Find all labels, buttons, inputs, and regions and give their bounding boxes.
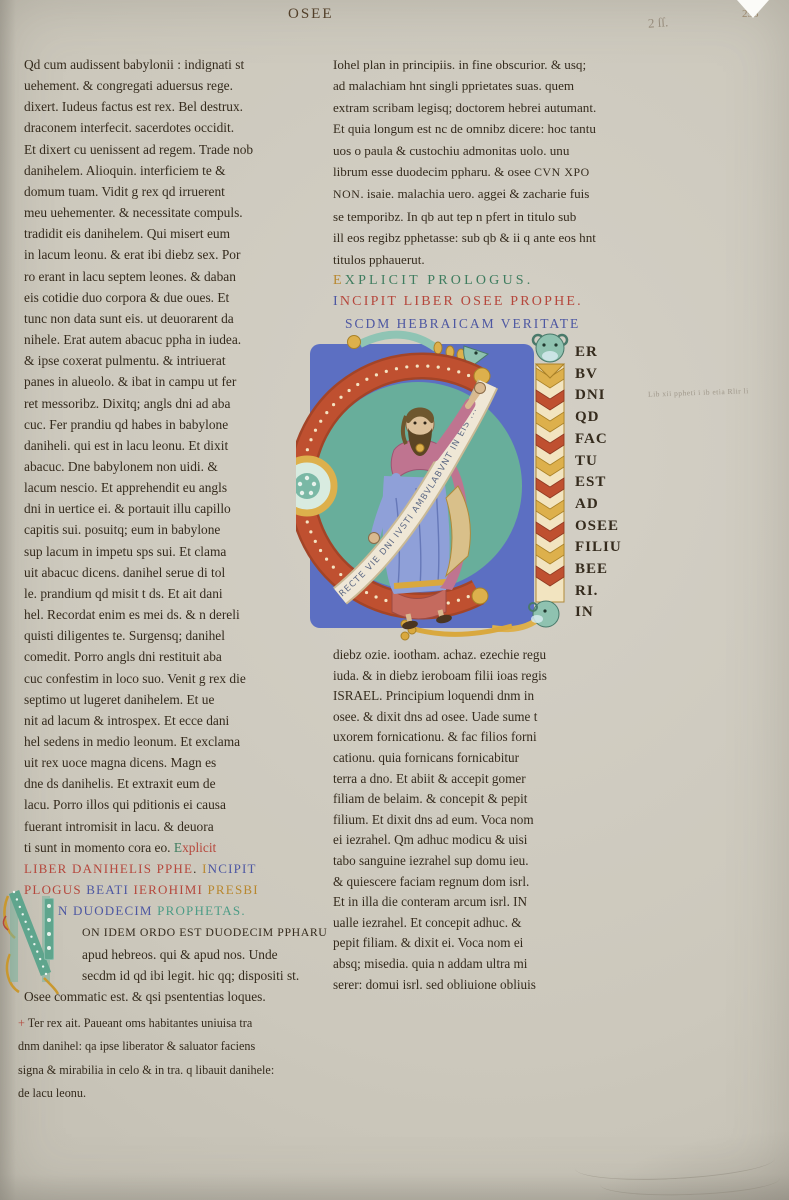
text-segment: EST — [575, 474, 606, 490]
text-segment: uit rex uoce magna dicens. Magn es — [24, 755, 216, 770]
text-segment: CVN XPO — [534, 165, 590, 179]
text-line: hel sedens in medio leonum. Et exclama — [24, 731, 324, 752]
text-line: meu uehementer. & necessitate compuls. — [24, 202, 324, 223]
text-segment: lacu. Porro illos qui pditionis ei causa — [24, 797, 226, 812]
text-segment: hel. Recordat enim es mei ds. & n dereli — [24, 607, 240, 622]
text-segment: Et quia longum est nc de omnibz dicere: … — [333, 121, 596, 136]
text-segment: ER — [575, 344, 598, 360]
text-segment: dne ds danihelis. Et extraxit eum de — [24, 776, 216, 791]
text-line: fuerant intromisit in lacu. & deuora — [24, 816, 324, 837]
text-line: domum tuam. Vidit g rex qd irruerent — [24, 181, 324, 202]
text-segment: sup lacum in impetu sps sui. Et clama — [24, 544, 226, 559]
text-line: EST — [575, 472, 622, 494]
left-text-column: Qd cum audissent babylonii : indignati s… — [24, 54, 324, 1007]
text-line: capitis sui. posuitq; eum in babylone — [24, 519, 324, 540]
text-segment: iuda. & in diebz ieroboam filii ioas reg… — [333, 668, 547, 683]
text-segment: ON IDEM ORDO EST DUODECIM PPHARU — [82, 925, 327, 939]
text-line: secdm id qd ibi legit. hic qq; dispositi… — [24, 965, 324, 986]
text-line: uit abacuc dicens. danihel serue di tol — [24, 562, 324, 583]
text-line: NON. isaie. malachia uero. aggei & zacha… — [333, 183, 683, 205]
text-segment: signa & mirabilia in celo & in tra. q li… — [18, 1063, 274, 1077]
text-segment: abacuc. Dne babylonem non uidi. & — [24, 459, 218, 474]
text-line: sup lacum in impetu sps sui. Et clama — [24, 541, 324, 562]
text-segment: Ter rex ait. Paueant oms habitantes uniu… — [28, 1016, 253, 1030]
text-line: ISRAEL. Principium loquendi dnm in — [333, 686, 683, 707]
text-segment: fuerant intromisit in lacu. & deuora — [24, 819, 214, 834]
text-segment: septimo ut lugeret danihelem. Et ue — [24, 692, 214, 707]
text-line: cationu. quia fornicans fornicabitur — [333, 748, 683, 769]
text-line: Qd cum audissent babylonii : indignati s… — [24, 54, 324, 75]
text-segment: Et dixert cu uenissent ad regem. Trade n… — [24, 142, 253, 157]
right-column-prologue: Iohel plan in principiis. in fine obscur… — [333, 54, 683, 334]
text-segment: ti sunt in momento cora eo. — [24, 840, 174, 855]
text-line: IN — [575, 602, 622, 624]
text-line: cuc. Fer prandiu qd habes in babylone — [24, 414, 324, 435]
text-segment: Osee commatic est. & qsi psententias loq… — [24, 989, 266, 1004]
pencil-shelfmark: 2 ſſ. — [647, 14, 668, 31]
text-segment: xplicit — [182, 840, 216, 855]
text-segment: cuc confestim in loco suo. Venit g rex d… — [24, 671, 246, 686]
text-line: filiam de belaim. & concepit & pepit — [333, 789, 683, 810]
green-initial-i — [44, 898, 54, 960]
text-line: dnm danihel: qa ipse liberator & saluato… — [18, 1035, 388, 1058]
chevron-shaft — [536, 364, 564, 602]
text-segment: secdm id qd ibi legit. hic qq; dispositi… — [82, 968, 299, 983]
text-segment: de lacu leonu. — [18, 1086, 86, 1100]
text-line: iuda. & in diebz ieroboam filii ioas reg… — [333, 666, 683, 687]
text-segment: BEATI — [86, 882, 133, 897]
text-segment: ret messoribz. Dixitq; angls dni ad aba — [24, 396, 230, 411]
text-line: uehement. & congregati aduersus rege. — [24, 75, 324, 96]
text-segment: E — [174, 840, 182, 855]
text-segment: capitis sui. posuitq; eum in babylone — [24, 522, 220, 537]
text-segment: ei iezrahel. Qm adhuc modicu & uisi — [333, 832, 527, 847]
text-line: lacu. Porro illos qui pditionis ei causa — [24, 794, 324, 815]
text-line: serer: domui isrl. sed obliuione obliuis — [333, 975, 683, 996]
text-line: uos o paula & custochiu admonitas uolo. … — [333, 140, 683, 161]
text-segment: apud hebreos. qui & apud nos. Unde — [82, 947, 278, 962]
text-line: pepit filiam. & dixit ei. Voca nom ei — [333, 933, 683, 954]
text-line: tabo sanguine iezrahel sup domu ieu. — [333, 851, 683, 872]
text-line: panes in alueolo. & ibat in campu ut fer — [24, 371, 324, 392]
text-line: Et quia longum est nc de omnibz dicere: … — [333, 118, 683, 139]
text-segment: dni in uertice ei. & portauit illu capil… — [24, 501, 231, 516]
text-line: septimo ut lugeret danihelem. Et ue — [24, 689, 324, 710]
text-line: titulos pphauerut. — [333, 249, 683, 270]
text-segment: absq; misedia. quia n addam ultra mi — [333, 956, 527, 971]
text-segment: domum tuam. Vidit g rex qd irruerent — [24, 184, 225, 199]
text-segment: dixert. Iudeus factus est rex. Bel destr… — [24, 99, 243, 114]
text-line: cuc confestim in loco suo. Venit g rex d… — [24, 668, 324, 689]
text-segment: pepit filiam. & dixit ei. Voca nom ei — [333, 935, 523, 950]
text-segment: draconem interfecit. sacerdotes occidit. — [24, 120, 234, 135]
text-line: nihele. Erat autem abacuc ppha in iudea. — [24, 329, 324, 350]
text-line: daniheli. qui est in lacu leonu. Et dixi… — [24, 435, 324, 456]
text-segment: uxorem fornicationu. & fac filios forni — [333, 729, 537, 744]
text-segment: BV — [575, 366, 598, 382]
text-line: ei iezrahel. Qm adhuc modicu & uisi — [333, 830, 683, 851]
text-segment: comedit. Porro angls dni restituit aba — [24, 649, 222, 664]
text-line: dne ds danihelis. Et extraxit eum de — [24, 773, 324, 794]
text-segment: Qd cum audissent babylonii : indignati s… — [24, 57, 244, 72]
text-line: ill eos regibz pphetasse: sub qb & ii q … — [333, 227, 683, 248]
text-line: BEE — [575, 559, 622, 581]
text-line: + Ter rex ait. Paueant oms habitantes un… — [18, 1012, 388, 1035]
text-segment: AD — [575, 496, 599, 512]
text-line: filium. Et dixit dns ad eum. Voca nom — [333, 810, 683, 831]
text-line: signa & mirabilia in celo & in tra. q li… — [18, 1059, 388, 1082]
text-line: Iohel plan in principiis. in fine obscur… — [333, 54, 683, 75]
text-segment: se temporibz. In qb aut tep n pfert in t… — [333, 209, 576, 224]
text-line: PLOGUS BEATI IEROHIMI PRESBI — [24, 879, 324, 900]
text-line: osee. & dixit dns ad osee. Uade sume t — [333, 707, 683, 728]
right-column-body: diebz ozie. iootham. achaz. ezechie regu… — [333, 645, 683, 995]
text-segment: nit ad lacum & introspex. Et ecce dani — [24, 713, 229, 728]
text-segment: filium. Et dixit dns ad eum. Voca nom — [333, 812, 534, 827]
text-segment: Iohel plan in principiis. in fine obscur… — [333, 57, 586, 72]
text-line: quisti diligentes te. Surgensq; danihel — [24, 625, 324, 646]
text-segment: N DUODECIM — [58, 903, 157, 918]
text-segment: + — [18, 1016, 28, 1030]
text-segment: ad malachiam hnt singli pprietates suas.… — [333, 78, 574, 93]
text-segment: uos o paula & custochiu admonitas uolo. … — [333, 143, 569, 158]
text-segment: tabo sanguine iezrahel sup domu ieu. — [333, 853, 529, 868]
text-segment: nihele. Erat autem abacuc ppha in iudea. — [24, 332, 241, 347]
text-segment: serer: domui isrl. sed obliuione obliuis — [333, 977, 536, 992]
text-segment: PROPHETAS. — [157, 903, 246, 918]
text-line: ualle iezrahel. Et concepit adhuc. & — [333, 913, 683, 934]
text-segment: FILIU — [575, 539, 622, 555]
text-line: uit rex uoce magna dicens. Magn es — [24, 752, 324, 773]
text-line: ro erant in lacu septem leones. & daban — [24, 266, 324, 287]
text-segment: Et in illa die conteram arcum isrl. IN — [333, 894, 527, 909]
text-line: absq; misedia. quia n addam ultra mi — [333, 954, 683, 975]
text-line: se temporibz. In qb aut tep n pfert in t… — [333, 206, 683, 227]
text-segment: XPLICIT PROLOGUS. — [345, 273, 534, 288]
text-segment: QD — [575, 409, 600, 425]
text-line: INCIPIT LIBER OSEE PROPHE. — [333, 291, 683, 312]
text-line: AD — [575, 494, 622, 516]
text-line: abacuc. Dne babylonem non uidi. & — [24, 456, 324, 477]
text-segment: meu uehementer. & necessitate compuls. — [24, 205, 243, 220]
text-segment: ualle iezrahel. Et concepit adhuc. & — [333, 915, 522, 930]
text-line: hel. Recordat enim es mei ds. & n dereli — [24, 604, 324, 625]
text-segment: NCIPIT LIBER OSEE PROPHE. — [340, 294, 583, 309]
text-segment: OSEE — [575, 518, 619, 534]
text-segment: osee. & dixit dns ad osee. Uade sume t — [333, 709, 537, 724]
text-segment: hel sedens in medio leonum. Et exclama — [24, 734, 240, 749]
text-segment: cationu. quia fornicans fornicabitur — [333, 750, 519, 765]
text-line: danihelem. Alioquin. interficiem te & — [24, 160, 324, 181]
text-segment: dnm danihel: qa ipse liberator & saluato… — [18, 1039, 255, 1053]
text-segment: lacum nescio. Et apprehendit eu angls — [24, 480, 227, 495]
text-line: QD — [575, 407, 622, 429]
text-segment: panes in alueolo. & ibat in campu ut fer — [24, 374, 236, 389]
text-segment: PRESBI — [208, 882, 259, 897]
text-segment: RI. — [575, 583, 598, 599]
text-segment: DNI — [575, 387, 606, 403]
text-segment: LIBER DANIHELIS PPHE — [24, 861, 193, 876]
text-line: terra a dno. Et abiit & accepit gomer — [333, 769, 683, 790]
text-segment: eis cotidie duo corpora & due oues. Et — [24, 290, 229, 305]
text-segment: FAC — [575, 431, 608, 447]
text-segment: uehement. & congregati aduersus rege. — [24, 78, 233, 93]
text-segment: extram scribam legisq; doctorem hebrei a… — [333, 100, 596, 115]
text-segment: terra a dno. Et abiit & accepit gomer — [333, 771, 526, 786]
text-segment: ro erant in lacu septem leones. & daban — [24, 269, 236, 284]
text-segment: NON — [333, 187, 360, 201]
text-segment: filiam de belaim. & concepit & pepit — [333, 791, 527, 806]
pencil-margin-note: Lib xii ppheti i ib etia Rlir li — [648, 386, 749, 399]
text-segment: cuc. Fer prandiu qd habes in babylone — [24, 417, 228, 432]
text-line: apud hebreos. qui & apud nos. Unde — [24, 944, 324, 965]
text-line: ti sunt in momento cora eo. Explicit — [24, 837, 324, 858]
text-line: EXPLICIT PROLOGUS. — [333, 270, 683, 291]
text-line: tradidit eis danihelem. Qui misert eum — [24, 223, 324, 244]
text-line: dni in uertice ei. & portauit illu capil… — [24, 498, 324, 519]
text-line: extram scribam legisq; doctorem hebrei a… — [333, 97, 683, 118]
text-line: lacum nescio. Et apprehendit eu angls — [24, 477, 324, 498]
text-line: TU — [575, 451, 622, 473]
text-line: ER — [575, 342, 622, 364]
text-line: ad malachiam hnt singli pprietates suas.… — [333, 75, 683, 96]
text-line: in lacum leonu. & erat ibi diebz sex. Po… — [24, 244, 324, 265]
text-segment: diebz ozie. iootham. achaz. ezechie regu — [333, 647, 546, 662]
text-segment: librum esse duodecim ppharu. & osee — [333, 164, 534, 179]
text-segment: BEE — [575, 561, 608, 577]
running-title: OSEE — [288, 6, 334, 23]
text-line: LIBER DANIHELIS PPHE. INCIPIT — [24, 858, 324, 879]
text-segment: . — [193, 861, 202, 876]
initial-capitals-column: ERBVDNIQDFACTUESTADOSEEFILIUBEERI.IN — [575, 342, 622, 624]
text-segment: danihelem. Alioquin. interficiem te & — [24, 163, 226, 178]
text-segment: uit abacuc dicens. danihel serue di tol — [24, 565, 225, 580]
text-line: eis cotidie duo corpora & due oues. Et — [24, 287, 324, 308]
text-segment: TU — [575, 453, 598, 469]
text-line: nit ad lacum & introspex. Et ecce dani — [24, 710, 324, 731]
text-line: Et in illa die conteram arcum isrl. IN — [333, 892, 683, 913]
text-line: diebz ozie. iootham. achaz. ezechie regu — [333, 645, 683, 666]
text-line: de lacu leonu. — [18, 1082, 388, 1105]
text-line: dixert. Iudeus factus est rex. Bel destr… — [24, 96, 324, 117]
illuminated-initial: RECTE VIE DNI IVSTI AMBVLABVNT IN EIS ..… — [296, 328, 576, 643]
text-line: Et dixert cu uenissent ad regem. Trade n… — [24, 139, 324, 160]
text-segment: E — [333, 273, 345, 288]
text-line: OSEE — [575, 516, 622, 538]
text-line: ret messoribz. Dixitq; angls dni ad aba — [24, 393, 324, 414]
text-segment: NCIPIT — [208, 861, 257, 876]
text-line: FILIU — [575, 537, 622, 559]
text-segment: . isaie. malachia uero. aggei & zacharie… — [360, 186, 589, 201]
text-segment: IN — [575, 604, 594, 620]
marginal-note: + Ter rex ait. Paueant oms habitantes un… — [18, 1012, 388, 1106]
text-line: RI. — [575, 581, 622, 603]
text-line: librum esse duodecim ppharu. & osee CVN … — [333, 161, 683, 183]
text-segment: & ipse coxerat pulmentu. & intriuerat — [24, 353, 226, 368]
page-edge-notch — [737, 0, 769, 18]
text-segment: ISRAEL. Principium loquendi dnm in — [333, 688, 534, 703]
text-line: DNI — [575, 385, 622, 407]
text-line: & ipse coxerat pulmentu. & intriuerat — [24, 350, 324, 371]
text-segment: IEROHIMI — [134, 882, 208, 897]
text-line: N DUODECIM PROPHETAS. — [24, 900, 324, 921]
text-line: ON IDEM ORDO EST DUODECIM PPHARU — [24, 921, 324, 943]
text-segment: daniheli. qui est in lacu leonu. Et dixi… — [24, 438, 228, 453]
text-segment: in lacum leonu. & erat ibi diebz sex. Po… — [24, 247, 240, 262]
text-segment: tunc non data sunt eis. ut deuorarent da — [24, 311, 234, 326]
text-line: comedit. Porro angls dni restituit aba — [24, 646, 324, 667]
text-line: tunc non data sunt eis. ut deuorarent da — [24, 308, 324, 329]
left-medallion — [296, 459, 334, 513]
text-segment: & quiescere faciam regnum dom isrl. — [333, 874, 529, 889]
text-segment: tradidit eis danihelem. Qui misert eum — [24, 226, 230, 241]
text-line: & quiescere faciam regnum dom isrl. — [333, 872, 683, 893]
manuscript-page: OSEE 255 2 ſſ. Qd cum audissent babyloni… — [0, 0, 789, 1200]
text-line: FAC — [575, 429, 622, 451]
text-line: uxorem fornicationu. & fac filios forni — [333, 727, 683, 748]
text-line: le. prandium qd misit t ds. Et ait dani — [24, 583, 324, 604]
text-segment: I — [333, 294, 340, 309]
text-segment: le. prandium qd misit t ds. Et ait dani — [24, 586, 223, 601]
text-segment: quisti diligentes te. Surgensq; danihel — [24, 628, 225, 643]
text-line: draconem interfecit. sacerdotes occidit. — [24, 117, 324, 138]
text-line: Osee commatic est. & qsi psententias loq… — [24, 986, 324, 1007]
text-line: BV — [575, 364, 622, 386]
text-segment: titulos pphauerut. — [333, 252, 425, 267]
text-segment: ill eos regibz pphetasse: sub qb & ii q … — [333, 230, 596, 245]
